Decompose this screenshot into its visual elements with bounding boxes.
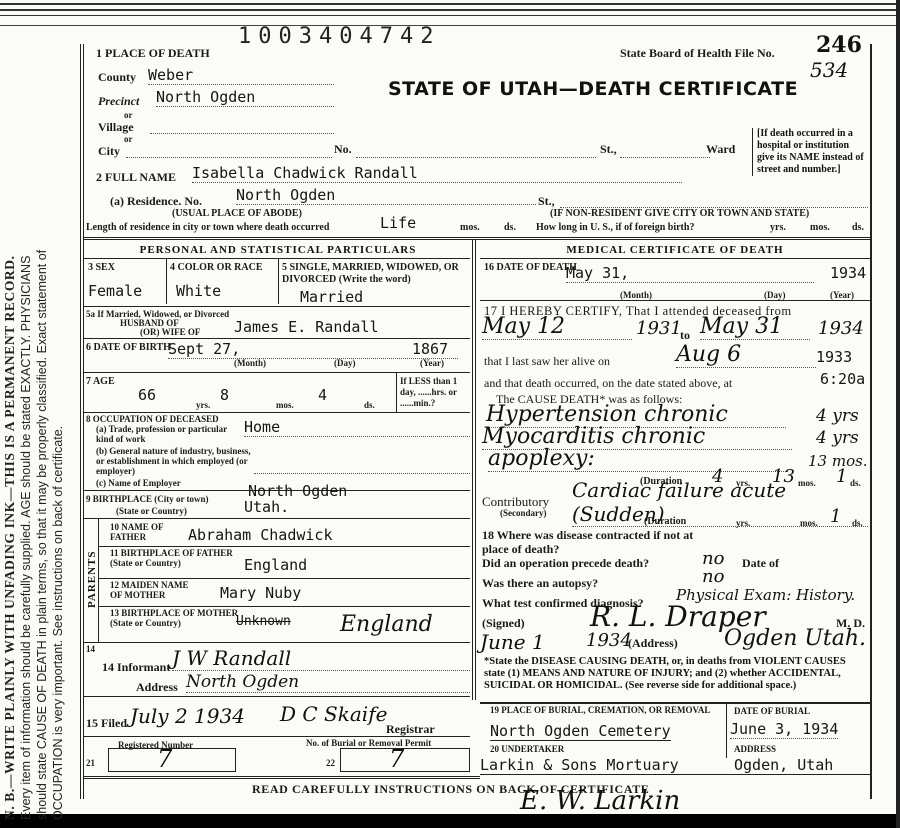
last-saw-date: Aug 6 (676, 342, 816, 368)
contrib-duration-days: 1 (830, 506, 841, 527)
margin-line-1: N. B.—WRITE PLAINLY WITH UNFADING INK—TH… (2, 20, 18, 820)
occupation-a-label: (a) Trade, profession or particular kind… (96, 424, 246, 444)
margin-line-2: Every item of information should be care… (18, 20, 34, 820)
burial-address: Ogden, Utah (734, 756, 833, 774)
signed-year: 1934 (586, 630, 632, 651)
cause-1-duration: 4 yrs (816, 406, 859, 426)
undertaker-signature: E. W. Larkin (520, 786, 680, 816)
burial-date: June 3, 1934 (730, 720, 838, 739)
usual-abode-note: (USUAL PLACE OF ABODE) (172, 208, 302, 219)
full-name-label: 2 FULL NAME (96, 170, 176, 185)
ward-field (620, 146, 710, 158)
mother-label: 12 MAIDEN NAME OF MOTHER (110, 580, 200, 600)
spouse-label-3: (OR) WIFE OF (140, 327, 200, 337)
physician-address: Ogden Utah. (724, 626, 866, 651)
column-divider (472, 240, 476, 700)
row-line (84, 642, 470, 643)
informant-address-label: Address (136, 680, 178, 695)
registrar-signature: D C Skaife (280, 702, 387, 726)
attended-to: May 31 (700, 314, 810, 340)
margin-line-3: should state CAUSE OF DEATH in plain ter… (34, 20, 50, 820)
birthplace-label: 9 BIRTHPLACE (City or town) (86, 494, 209, 504)
margin-line-4: OCCUPATION is very important. See instru… (50, 20, 66, 820)
precinct-label: Precinct (98, 94, 139, 109)
registered-number: 7 (157, 745, 172, 773)
dob-label: 6 DATE OF BIRTH (86, 342, 171, 353)
less-than-day-note: If LESS than 1 day, ......hrs. or ......… (400, 376, 470, 409)
village-label: Village (98, 120, 134, 135)
age-ds-unit: ds. (364, 400, 375, 410)
row-line (84, 338, 470, 339)
mother-birthplace-value: England (340, 612, 433, 637)
to-label: to (680, 328, 690, 343)
permit-label: No. of Burial or Removal Permit (306, 738, 431, 748)
top-edge-strip (0, 0, 900, 26)
or-label-2: or (124, 134, 133, 144)
dod-day-sub: (Day) (764, 290, 786, 300)
burial-address-label: ADDRESS (734, 744, 776, 754)
parents-divider (98, 518, 99, 642)
row-line (84, 518, 470, 519)
marital-value: Married (300, 288, 363, 306)
attended-to-year: 1934 (818, 318, 864, 339)
death-time: 6:20a (820, 370, 865, 388)
or-label: or (124, 110, 133, 120)
local-number: 534 (810, 58, 848, 82)
cell-divider (166, 258, 167, 304)
contrib-mos-unit: mos. (800, 518, 818, 528)
number-label: No. (334, 142, 352, 157)
residence-st-label: St., (538, 194, 555, 209)
residence-label: (a) Residence. No. (110, 194, 202, 209)
age-yrs-unit: yrs. (196, 400, 210, 410)
burial-date-label: DATE OF BURIAL (734, 706, 810, 716)
autopsy-label: Was there an autopsy? (482, 576, 598, 591)
document-title: STATE OF UTAH—DEATH CERTIFICATE (388, 78, 798, 100)
file-number-label: State Board of Health File No. (620, 46, 775, 60)
death-time-text: and that death occurred, on the date sta… (484, 376, 732, 391)
foreign-birth-label: How long in U. S., if of foreign birth? (536, 222, 694, 233)
permit-prefix: 22 (326, 758, 335, 768)
age-months: 8 (220, 386, 229, 404)
length-residence-value: Life (380, 214, 416, 232)
permit-number-box: 7 (340, 748, 470, 772)
filed-label: 15 Filed (86, 716, 127, 731)
attended-from-year: 1931 (636, 318, 682, 339)
contributory-value: Cardiac failure acute (Sudden) (572, 478, 868, 527)
row-line (84, 736, 470, 737)
occupation-a-value: Home (244, 418, 470, 437)
medical-heading: MEDICAL CERTIFICATE OF DEATH (480, 244, 870, 256)
spouse-value: James E. Randall (234, 318, 379, 336)
contrib-duration-label: (Duration (644, 516, 686, 527)
dod-month-sub: (Month) (620, 290, 652, 300)
margin-instructions: N. B.—WRITE PLAINLY WITH UNFADING INK—TH… (2, 20, 72, 820)
mother-birthplace-struck: Unknown (236, 614, 291, 629)
dob-day-sub: (Day) (334, 358, 356, 368)
row-line (480, 258, 872, 259)
row-line (98, 578, 470, 579)
mother-birthplace-label: 13 BIRTHPLACE OF MOTHER (State or Countr… (110, 608, 240, 628)
last-saw-year: 1933 (816, 348, 852, 366)
county-value: Weber (148, 66, 334, 85)
row-line (84, 372, 470, 373)
age-years: 66 (138, 386, 156, 404)
street-label: St., (600, 142, 617, 157)
contrib-yrs-unit: yrs. (736, 518, 750, 528)
ward-label: Ward (706, 142, 735, 157)
informant-signature: J W Randall (172, 646, 470, 671)
street-field (356, 146, 596, 158)
row-line (84, 306, 470, 307)
birthplace-sub: (State or Country) (116, 506, 187, 516)
hospital-note: [If death occurred in a hospital or inst… (752, 128, 868, 176)
date-of-death-month-day: May 31, (566, 264, 814, 283)
contrib-ds-unit: ds. (852, 518, 863, 528)
right-scan-edge (896, 0, 900, 828)
row-line (84, 412, 470, 413)
occupation-b-field (254, 464, 470, 474)
file-number-block: State Board of Health File No. 246 534 (620, 42, 775, 61)
signed-date: June 1 (480, 630, 545, 654)
row-line (98, 606, 470, 607)
city-label: City (98, 144, 120, 159)
marital-label: 5 SINGLE, MARRIED, WIDOWED, OR DIVORCED … (282, 262, 470, 286)
sex-label: 3 SEX (88, 262, 115, 273)
registered-number-box: 7 (108, 748, 236, 772)
q18-label: 18 Where was disease contracted if not a… (482, 528, 712, 556)
cause-3: apoplexy: (488, 446, 788, 472)
cause-2-duration: 4 yrs (816, 428, 859, 448)
section-divider (84, 237, 872, 240)
father-birthplace-label: 11 BIRTHPLACE OF FATHER (State or Countr… (110, 548, 240, 568)
signed-label: (Signed) (482, 616, 525, 631)
occupation-c-label: (c) Name of Employer (96, 478, 181, 488)
row-line (98, 546, 470, 547)
filed-date: July 2 1934 (130, 704, 245, 728)
operation-label: Did an operation precede death? (482, 556, 649, 571)
autopsy-value: no (702, 566, 724, 587)
date-of-death-label: 16 DATE OF DEATH (484, 262, 577, 273)
row-line (84, 696, 470, 697)
foreign-yrs-unit: yrs. (770, 222, 786, 233)
sex-value: Female (88, 282, 142, 300)
mother-value: Mary Nuby (220, 584, 301, 602)
residence-value: North Ogden (236, 186, 536, 205)
length-mos-unit: mos. (460, 222, 480, 233)
burial-place-label: 19 PLACE OF BURIAL, CREMATION, OR REMOVA… (490, 705, 720, 715)
undertaker-label: 20 UNDERTAKER (490, 744, 564, 754)
registrar-label: Registrar (386, 722, 435, 737)
burial-place: North Ogden Cemetery (490, 722, 671, 741)
cell-divider (278, 258, 279, 304)
county-label: County (98, 70, 136, 85)
residence-street-field (560, 196, 868, 208)
age-days: 4 (318, 386, 327, 404)
age-label: 7 AGE (86, 376, 115, 387)
length-residence-label: Length of residence in city or town wher… (86, 222, 329, 233)
parents-label: PARENTS (86, 550, 98, 608)
cell-divider (396, 372, 397, 412)
bottom-divider (84, 776, 480, 779)
informant-address: North Ogden (186, 672, 470, 693)
father-birthplace-value: England (244, 556, 307, 574)
cell-divider (726, 702, 727, 758)
personal-heading: PERSONAL AND STATISTICAL PARTICULARS (86, 244, 470, 256)
age-mos-unit: mos. (276, 400, 294, 410)
length-ds-unit: ds. (504, 222, 516, 233)
row-line (480, 300, 872, 301)
birthplace-state: Utah. (244, 498, 289, 516)
row-line (84, 258, 470, 259)
father-value: Abraham Chadwick (188, 526, 333, 544)
full-name-value: Isabella Chadwick Randall (192, 164, 682, 183)
bottom-scan-edge (0, 814, 900, 828)
precinct-value: North Ogden (156, 88, 334, 107)
dob-month-sub: (Month) (234, 358, 266, 368)
dob-year: 1867 (412, 340, 448, 358)
place-of-death-label: 1 PLACE OF DEATH (96, 46, 210, 61)
informant-label: 14 Informant (102, 660, 170, 675)
race-value: White (176, 282, 221, 300)
address-label: (Address) (628, 636, 678, 651)
dob-year-sub: (Year) (420, 358, 444, 368)
file-number: 246 (816, 32, 862, 58)
foreign-mos-unit: mos. (810, 222, 830, 233)
occupation-label: 8 OCCUPATION OF DECEASED (86, 414, 219, 424)
father-label: 10 NAME OF FATHER (110, 522, 170, 542)
attended-from: May 12 (482, 314, 632, 340)
race-label: 4 COLOR OR RACE (170, 262, 263, 273)
registered-number-prefix: 21 (86, 758, 95, 768)
city-field (126, 146, 332, 158)
informant-number: 14 (86, 644, 95, 654)
foreign-ds-unit: ds. (852, 222, 864, 233)
cause-footnote: *State the DISEASE CAUSING DEATH, or, in… (484, 656, 868, 692)
last-saw-text: that I last saw her alive on (484, 354, 610, 369)
dod-year-sub: (Year) (830, 290, 854, 300)
operation-date-label: Date of (742, 556, 779, 571)
non-resident-note: (IF NON-RESIDENT GIVE CITY OR TOWN AND S… (550, 208, 809, 219)
date-of-death-year: 1934 (830, 264, 866, 282)
permit-number: 7 (389, 745, 404, 773)
occupation-b-label: (b) General nature of industry, business… (96, 446, 252, 476)
contributory-sub: (Secondary) (500, 508, 547, 518)
row-line (480, 702, 872, 704)
village-field (150, 122, 334, 134)
